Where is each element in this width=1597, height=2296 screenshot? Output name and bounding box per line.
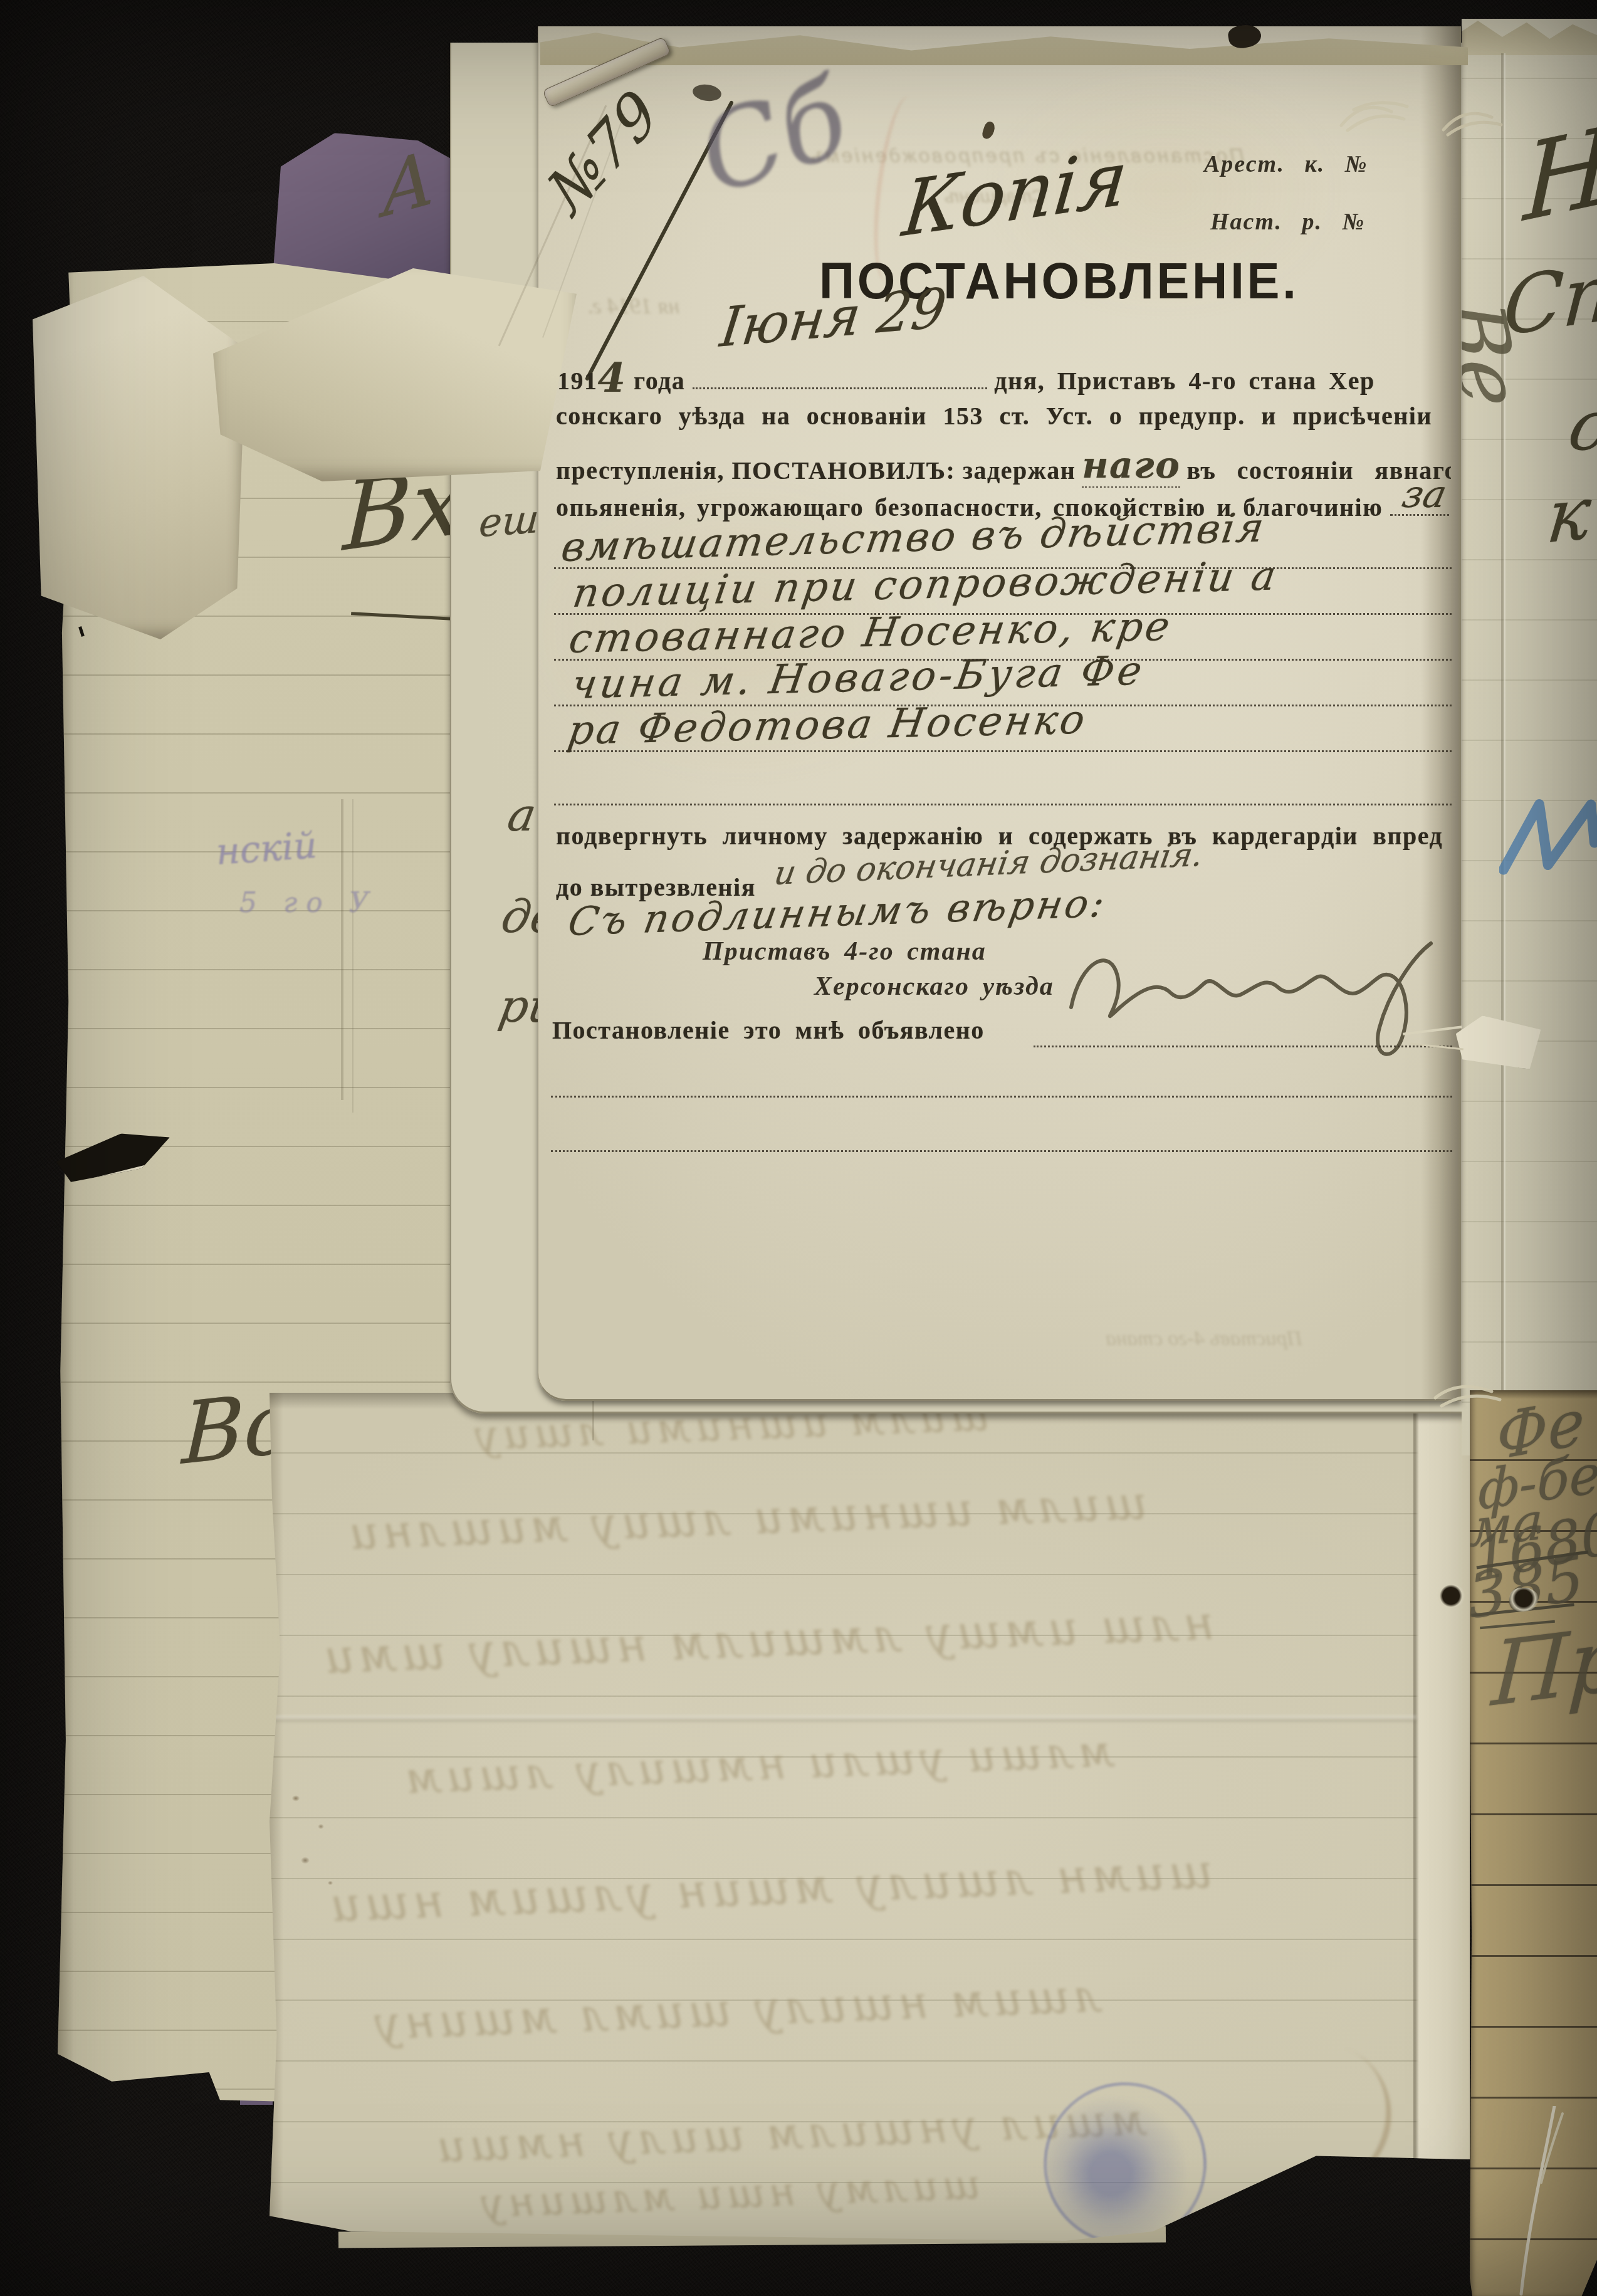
form-line-3: преступленія, ПОСТАНОВИЛЪ: задержаннагов…: [556, 445, 1451, 488]
verso-bleed-row: шимн лшилу мшин улшим нши: [325, 1845, 1214, 1932]
form-date-line: 1914 года дня, Приставъ 4-го стана Хер: [557, 352, 1447, 399]
violet-stamp-text-1: нскій: [214, 824, 318, 873]
page-fold-band: [1413, 1393, 1470, 2250]
fold-crease: [341, 799, 343, 1100]
goda-word: года: [634, 367, 685, 395]
cursive-fragment-s: с: [1562, 385, 1597, 466]
dotted-rule-after-announced: [1034, 1046, 1452, 1047]
dotted-rule: [554, 750, 1452, 752]
verso-bleed-row: лшим ншилу шимл мшину: [369, 1969, 1103, 2050]
violet-stamp-text-2: 5 го У: [239, 887, 378, 919]
verso-bleed-row: мшил уншилм шилу нмши: [432, 2094, 1148, 2173]
dotted-rule: [554, 613, 1452, 615]
ink-drop: [981, 120, 997, 140]
date-line-rest: дня, Приставъ 4-го стана Хер: [994, 367, 1374, 395]
incident-number-label: Наст. р. №: [1210, 208, 1365, 236]
thread-tuft: [1438, 103, 1511, 141]
decree-form-page: Постановленіе съ препровожденіемъ Старши…: [538, 26, 1461, 1401]
verso-bleed-row: шилму нши млшину: [476, 2162, 982, 2228]
crease-highlight: [1504, 53, 1505, 1455]
partial-letter-hw: а: [504, 789, 540, 841]
torn-top-edge: [1462, 19, 1597, 55]
stain-arc: [1235, 2027, 1410, 2206]
dotted-rule: [554, 705, 1452, 706]
ink-specks: [283, 1781, 346, 1894]
bottom-lined-page: шилм ишними лшиу шилм ишними лшиу мишлни…: [270, 1393, 1470, 2250]
punch-hole: [1437, 1584, 1465, 1608]
dotted-rule: [554, 567, 1452, 569]
cursive-fragment-k: к: [1543, 471, 1595, 560]
verso-bleed-row: шилм ишними лшиу мишлни: [344, 1476, 1148, 1559]
esh-fragment-hw: еш: [478, 496, 540, 546]
dotted-rule-full: [551, 1150, 1452, 1152]
right-underlying-page: Н Сп с к Ве: [1462, 19, 1597, 1455]
cursive-fragment-n: Н: [1522, 103, 1597, 246]
official-title-1: Приставъ 4-го стана: [703, 936, 987, 967]
ledger-fragment: Пр: [1489, 1607, 1597, 1727]
horizontal-crease: [270, 1716, 1416, 1722]
official-title-2: Херсонскаго уѣзда: [814, 972, 1054, 1002]
fold-crease: [352, 799, 353, 1113]
detained-suffix-hw: наго: [1082, 445, 1180, 488]
bleed-through-text: Приставъ 4-го стана: [1106, 1327, 1302, 1351]
year-printed: 191: [557, 367, 598, 395]
thread-tuft: [1335, 94, 1416, 138]
date-blank: [693, 360, 987, 389]
form-line-2: сонскаго уѣзда на основаніи 153 ст. Уст.…: [556, 401, 1451, 431]
crumple-flap-left: [33, 276, 246, 639]
hw-line5-prefix: ра Федотова: [565, 701, 893, 754]
year-digit-hw: 4: [598, 355, 627, 399]
date-handwritten: Іюня 29: [717, 276, 950, 360]
thread-tuft: [1432, 1376, 1507, 1413]
arrest-card-label: Арест. к. №: [1204, 150, 1368, 178]
loose-thread: [1501, 2106, 1576, 2296]
a-flourish-fragment: А: [379, 135, 436, 234]
archival-photo-stage: Во нскій 5 го У Вх. шилм ишними лшиу шил…: [0, 0, 1597, 2296]
verso-bleed-row: млши ушли нмшилу лшим: [401, 1725, 1116, 1804]
verso-bleed-row: нлш имшу лмшилм ншилу шми: [319, 1596, 1215, 1685]
announced-line: Постановленіе это мнѣ объявлено: [552, 1015, 1029, 1045]
dotted-rule: [554, 659, 1452, 661]
blue-crayon-mark: [1499, 793, 1597, 887]
dotted-rule: [554, 804, 1452, 805]
purple-cloth-scrap: [268, 133, 476, 286]
dotted-rule-full: [551, 1096, 1452, 1098]
line3-before: преступленія, ПОСТАНОВИЛЪ: задержан: [556, 456, 1076, 485]
